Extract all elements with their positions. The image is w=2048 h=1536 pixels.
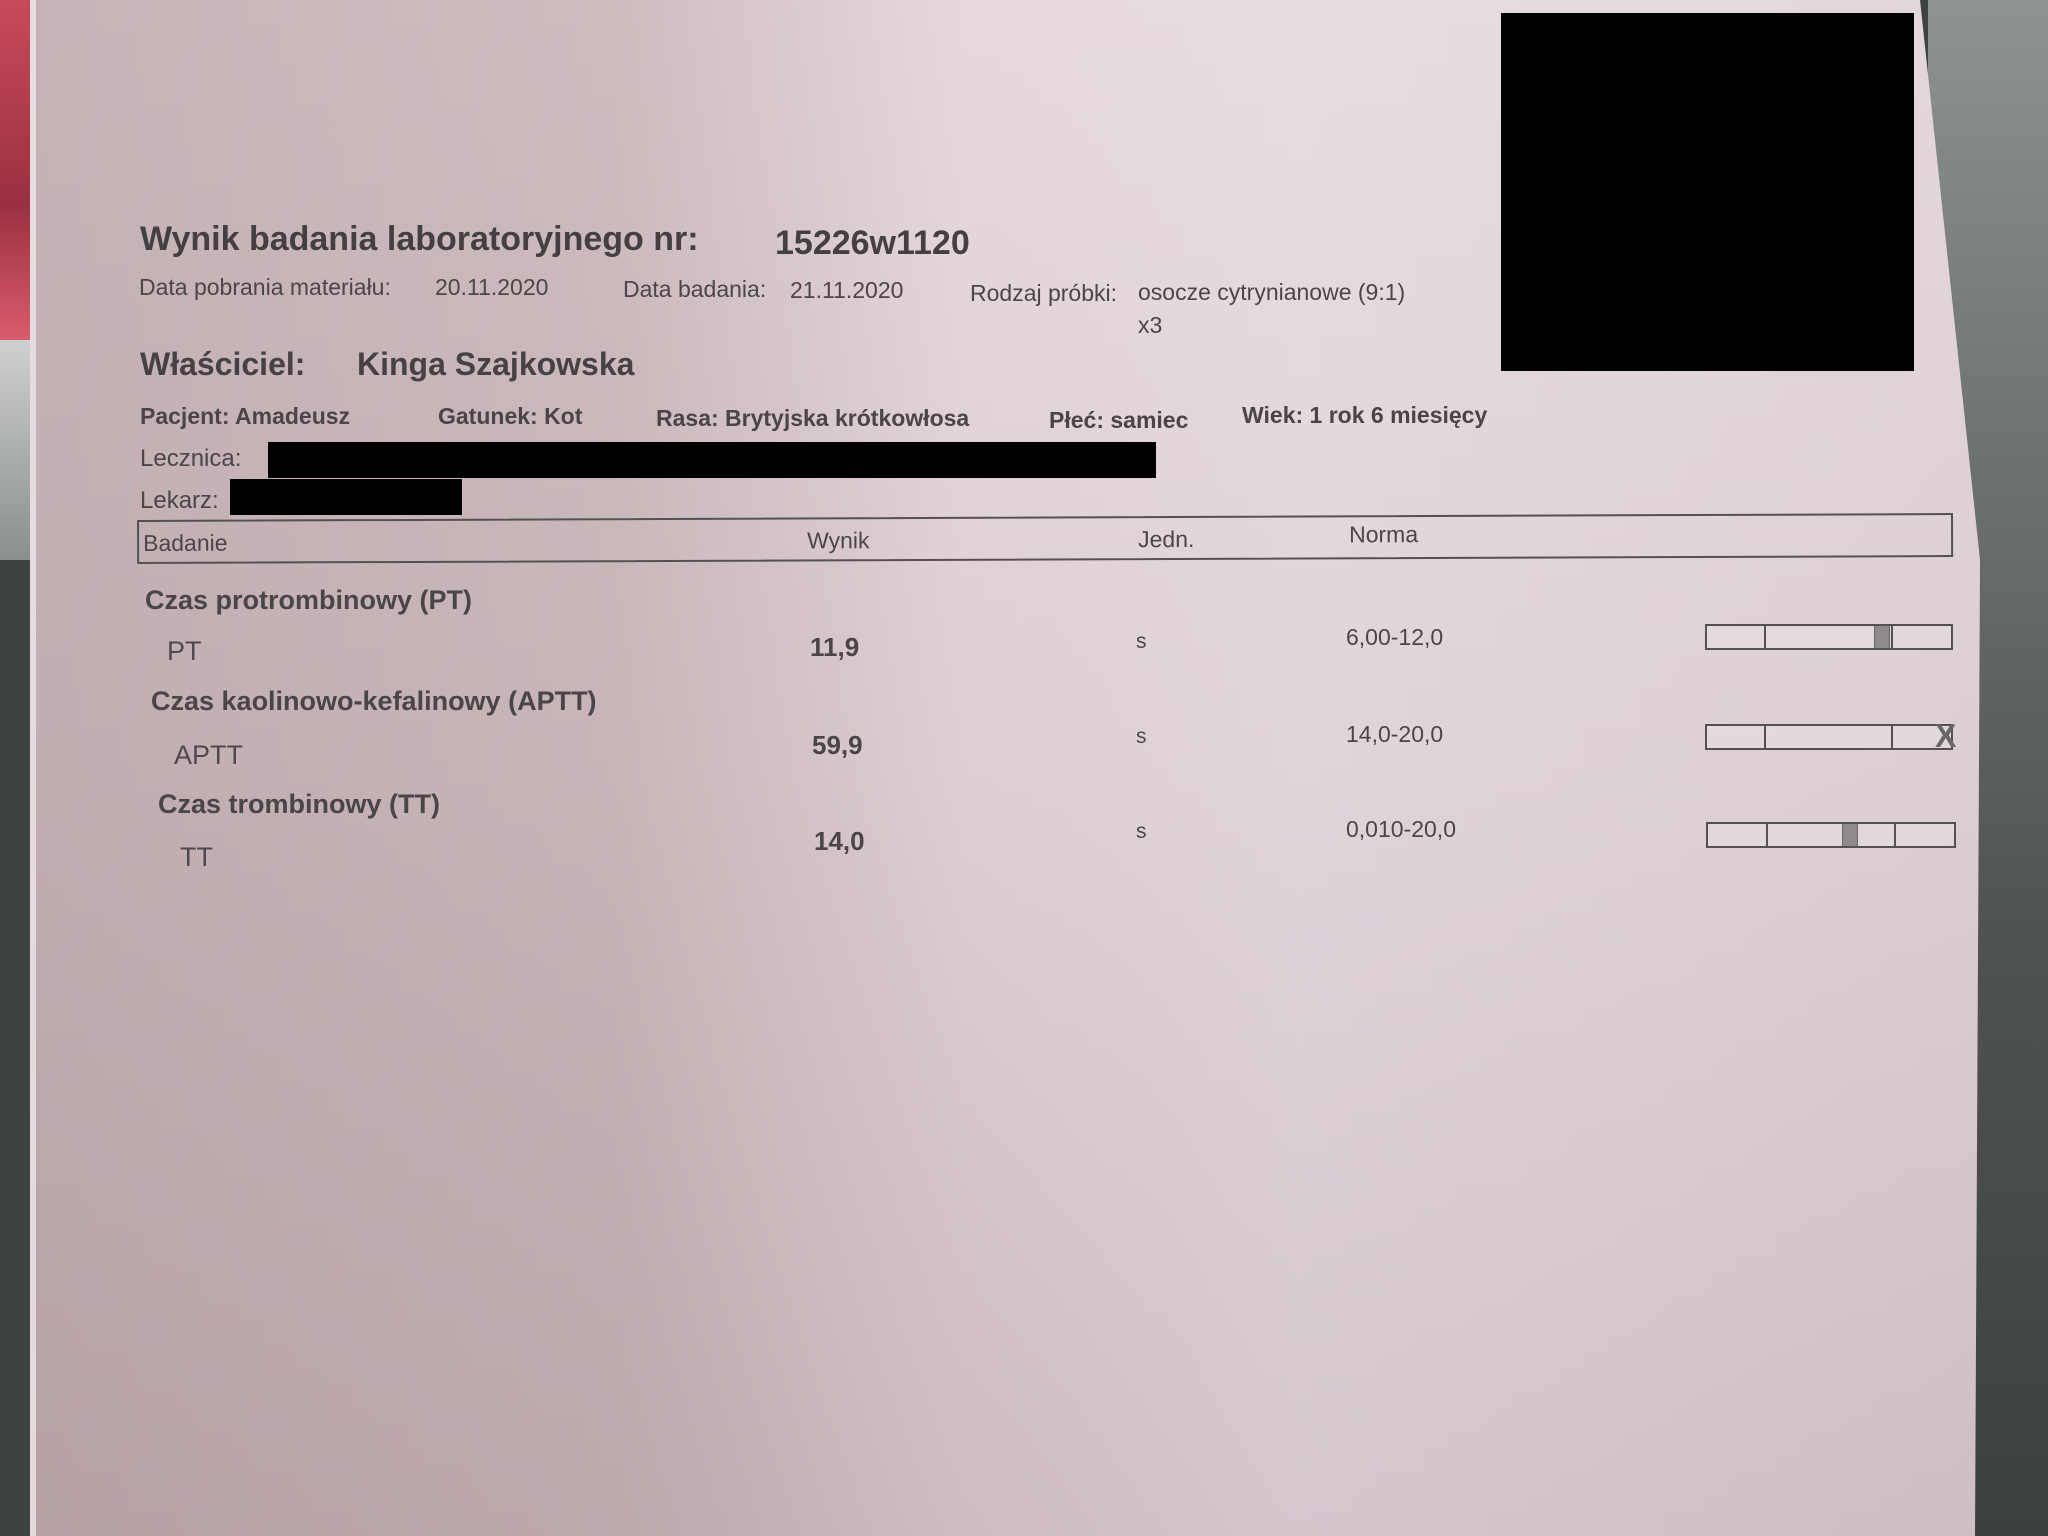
header-result: Wynik xyxy=(807,527,870,554)
norm-range: 6,00-12,0 xyxy=(1346,624,1443,651)
out-of-range-mark: X xyxy=(1935,718,1956,755)
paper-stack-edge xyxy=(30,0,36,1536)
owner-name: Kinga Szajkowska xyxy=(357,346,634,383)
patient-sex: Płeć: samiec xyxy=(1049,407,1188,434)
param-name: TT xyxy=(180,842,213,873)
clinic-label: Lecznica: xyxy=(140,445,241,473)
collection-date: 20.11.2020 xyxy=(435,274,548,301)
norm-range: 0,010-20,0 xyxy=(1346,816,1456,843)
unit: s xyxy=(1136,630,1147,654)
result-value: 11,9 xyxy=(810,632,859,663)
patient-breed: Rasa: Brytyjska krótkowłosa xyxy=(656,405,969,432)
range-divider xyxy=(1891,724,1893,750)
patient-name: Pacjent: Amadeusz xyxy=(140,403,350,430)
range-divider xyxy=(1766,822,1768,848)
result-value: 14,0 xyxy=(814,826,865,857)
section-title: Czas kaolinowo-kefalinowy (APTT) xyxy=(151,686,597,717)
collection-date-label: Data pobrania materiału: xyxy=(139,274,391,301)
range-divider xyxy=(1891,624,1893,650)
norm-range: 14,0-20,0 xyxy=(1346,721,1443,748)
range-divider xyxy=(1764,624,1766,650)
doctor-redaction xyxy=(230,479,462,515)
doctor-label: Lekarz: xyxy=(140,487,219,515)
header-redaction xyxy=(1501,13,1914,371)
param-name: APTT xyxy=(174,740,243,771)
range-indicator: X xyxy=(1705,724,1953,750)
section-title: Czas trombinowy (TT) xyxy=(158,789,440,820)
result-marker xyxy=(1874,626,1890,648)
unit: s xyxy=(1136,820,1147,844)
header-norm: Norma xyxy=(1349,521,1418,548)
patient-age: Wiek: 1 rok 6 miesięcy xyxy=(1242,402,1487,429)
owner-label: Właściciel: xyxy=(140,346,305,383)
table-header: Badanie Wynik Jedn. Norma xyxy=(137,513,1953,564)
param-name: PT xyxy=(167,636,202,667)
range-divider xyxy=(1764,724,1766,750)
header-test: Badanie xyxy=(143,530,228,557)
unit: s xyxy=(1136,725,1147,749)
sample-type-label: Rodzaj próbki: xyxy=(970,280,1117,307)
sample-type: osocze cytrynianowe (9:1) xyxy=(1138,279,1405,306)
sample-count: x3 xyxy=(1138,312,1162,339)
range-indicator xyxy=(1706,822,1956,848)
report-number: 15226w1120 xyxy=(775,224,970,263)
test-date: 21.11.2020 xyxy=(790,277,903,304)
report-title: Wynik badania laboratoryjnego nr: xyxy=(140,220,699,259)
patient-species: Gatunek: Kot xyxy=(438,403,582,430)
section-title: Czas protrombinowy (PT) xyxy=(145,585,472,616)
result-value: 59,9 xyxy=(812,730,863,761)
test-date-label: Data badania: xyxy=(623,276,766,303)
range-divider xyxy=(1894,822,1896,848)
clinic-redaction xyxy=(268,442,1156,478)
result-marker xyxy=(1842,824,1858,846)
header-unit: Jedn. xyxy=(1138,526,1194,553)
range-indicator xyxy=(1705,624,1953,650)
